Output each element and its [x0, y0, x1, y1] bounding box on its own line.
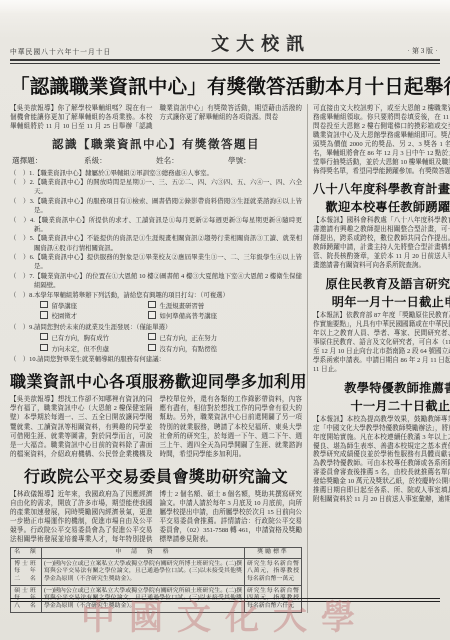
option-undecided: 方向未定，但不焦慮	[40, 344, 148, 355]
field-label-choice: 選擇題：	[12, 155, 84, 166]
checkbox-icon	[148, 301, 156, 309]
cell-doctoral-quota: 博士班 每 年 二 名	[11, 559, 42, 586]
right-article-2-title-line2: 明年一月十一日截止申請	[313, 293, 450, 310]
right-article-1-title-line1: 八十八年度科學教育計畫邀請書	[313, 180, 450, 197]
option-seminar-abroad: 留學講座	[40, 301, 148, 312]
article-2-body: 【吳美歆報導】想找工作卻不知哪裡有資訊的同學有福了，職業資訊中心（大恩館 2 樓…	[10, 395, 302, 459]
right-article-1-title-line2: 歡迎本校專任教師踴躍申請	[313, 198, 450, 215]
right-column: 可直接由文大校訊剪下，或至大恩館 2 樓職業資訊中心與學務處畢輔組領取。你只要將…	[308, 104, 450, 614]
article-career-center-services: 職業資訊中心各項服務歡迎同學多加利用 【吳美歆報導】想找工作卻不知哪裡有資訊的同…	[10, 369, 302, 459]
masthead-title: 文大校訊	[211, 30, 311, 56]
field-label-name: 姓名：	[156, 155, 228, 166]
article-outstanding-teacher-nomination: 教學特優教師推薦書 十一月二十日截止 【本報訊】本校為提高教學效果，鼓勵教師專業…	[313, 379, 450, 506]
question-10: （ ）10.請問您對畢業生就業輔導組的服務有何建議：	[10, 355, 302, 364]
field-label-student-id: 學號：	[228, 155, 300, 166]
cell-doctoral-eligibility: (一)國內公立或已立案私立大學或獨立學院有關研究所博士班研究生。(二)撰寫與公平…	[42, 559, 245, 586]
scan-edge-shadow	[0, 0, 450, 14]
quiz-form: 認識【職業資訊中心】有獎徵答題目 選擇題： 系級： 姓名： 學號： （ ）1.【…	[10, 136, 302, 364]
article-science-education-plan: 八十八年度科學教育計畫邀請書 歡迎本校專任教師踴躍申請 【本報訊】國科會科教處「…	[313, 180, 450, 271]
right-article-3-title-line1: 教學特優教師推薦書	[313, 379, 450, 396]
question-4: （ ）4.【職業資訊中心】所提供的求才、工讀資訊是①每月更新②每週更新③每星期更…	[10, 216, 302, 234]
option-lost: 沒有方向，有點徬徨	[148, 344, 288, 355]
option-exam-seminar: 如何準備高普考講座	[148, 311, 288, 322]
right-article-3-title-line2: 十一月二十日截止	[313, 397, 450, 414]
lead-headline: 「認識職業資訊中心」有獎徵答活動本月十日起舉行	[10, 71, 440, 99]
checkbox-icon	[40, 301, 48, 309]
masthead-date: 中華民國八十六年十一月十日	[10, 46, 111, 56]
checkbox-icon	[148, 344, 156, 352]
checkbox-icon	[40, 333, 48, 341]
article-3-headline: 行政院公平交易委員會獎助研究論文	[10, 464, 302, 487]
grant-table-header-row: 名 額 申 請 資 格 獎勵標準	[11, 548, 302, 559]
right-article-2-title-line1: 原住民教育及語言研究著作	[313, 275, 450, 292]
masthead: 中華民國八十六年十一月十日 文大校訊 ‧第 3 版‧	[10, 30, 440, 59]
question-5: （ ）5.【職業資訊中心】不能提供的資訊是①生涯規畫相關資訊②趨勢行業相關資訊③…	[10, 234, 302, 252]
masthead-rule-thin	[10, 63, 440, 64]
col-header-quota: 名 額	[11, 548, 42, 559]
right-article-2-body: 【本報訊】依教育部 87 年度「獎勵原住民教育及語言研究著作實施要點」，凡具有中…	[313, 312, 450, 375]
option-career-camp: 生涯規畫研習營	[148, 301, 288, 312]
article-ftc-research-grant: 行政院公平交易委員會獎助研究論文 【林政儀報導】近年來，我國政府為了因應經濟自由…	[10, 464, 302, 613]
col-header-eligibility: 申 請 資 格	[42, 548, 245, 559]
masthead-page-number: ‧第 3 版‧	[405, 46, 440, 56]
question-8-options: 留學講座 生涯規畫研習營 校園徵才 如何準備高普考講座	[40, 301, 302, 322]
checkbox-icon	[40, 311, 48, 319]
article-2-headline: 職業資訊中心各項服務歡迎同學多加利用	[10, 369, 302, 392]
field-label-department: 系級：	[84, 155, 156, 166]
question-3: （ ）3.【職業資訊中心】的服務項目有①檢索、圖書借閱②錄影帶資料借閱③生涯就業…	[10, 197, 302, 215]
article-3-body: 【林政儀報導】近年來，我國政府為了因應經濟自由化的需求，開放了許多市場，期望能使…	[10, 490, 302, 545]
left-column: 【吳美歆報導】你了解學校畢輔組嗎？現在有一個機會能讓你更加了解畢輔組的各項業務。…	[10, 104, 308, 614]
checkbox-icon	[40, 344, 48, 352]
option-working-on-it: 已有方向，正在努力	[148, 333, 288, 344]
question-2: （ ）2.【職業資訊中心】的開放時間是星期①一、三、五②二、四、六③四、五、六④…	[10, 178, 302, 196]
newspaper-page: 中華民國八十六年十一月十日 文大校訊 ‧第 3 版‧ 「認識職業資訊中心」有獎徵…	[0, 0, 450, 640]
question-9-options: 已有方向，胸有成竹 已有方向，正在努力 方向未定，但不焦慮 沒有方向，有點徬徨	[40, 333, 302, 354]
masthead-rule-thick	[10, 59, 440, 61]
right-article-3-body: 【本報訊】本校為提高教學效果，鼓勵教師專業精神，特訂定「中國文化大學教學特優教師…	[313, 416, 450, 506]
question-9: （ ）9.請問您對於未來的就業及生涯發展：（僅能單選）	[10, 323, 302, 332]
question-1: （ ）1.【職業資訊中心】隸屬於①畢輔組②軍訓室③總務處④人事室。	[10, 169, 302, 178]
option-confident: 已有方向，胸有成竹	[40, 333, 148, 344]
question-6: （ ）6.【職業資訊中心】提供服務的對象是①畢業校友②應屆畢業生③一、二、三年級…	[10, 253, 302, 271]
checkbox-icon	[148, 311, 156, 319]
quiz-form-fields: 選擇題： 系級： 姓名： 學號：	[12, 155, 300, 166]
option-campus-recruiting: 校園徵才	[40, 311, 148, 322]
right-article-1-body: 【本報訊】國科會科教處「八十八年度科學教育」計畫邀請書邀請有興趣之教師提出相關整…	[313, 217, 450, 271]
footer-double-rule	[10, 598, 440, 602]
cell-doctoral-award: 研究生每名新台幣八萬元，指導教授每名新台幣一萬元	[245, 559, 302, 586]
lead-intro-text: 【吳美歆報導】你了解學校畢輔組嗎？現在有一個機會能讓你更加了解畢輔組的各項業務。…	[10, 104, 302, 131]
lead-continuation-text: 可直接由文大校訊剪下，或至大恩館 2 樓職業資訊中心與學務處畢輔組領取。你只要將…	[313, 104, 450, 177]
question-8: （ ）8.本學年畢輔組將舉辦下列活動，請給您有興趣的項目打勾：（可複選）	[10, 291, 302, 300]
article-indigenous-research: 原住民教育及語言研究著作 明年一月十一日截止申請 【本報訊】依教育部 87 年度…	[313, 275, 450, 375]
grant-table: 名 額 申 請 資 格 獎勵標準 博士班 每 年 二 名 (一)國內公立或已立案…	[10, 547, 302, 613]
checkbox-icon	[148, 333, 156, 341]
col-header-award: 獎勵標準	[245, 548, 302, 559]
question-7: （ ）7.【職業資訊中心】的位置在①大恩館 10 樓②圖書館 4 樓③大夏館地下…	[10, 272, 302, 290]
table-row: 博士班 每 年 二 名 (一)國內公立或已立案私立大學或獨立學院有關研究所博士班…	[11, 559, 302, 586]
quiz-form-title: 認識【職業資訊中心】有獎徵答題目	[10, 136, 302, 152]
